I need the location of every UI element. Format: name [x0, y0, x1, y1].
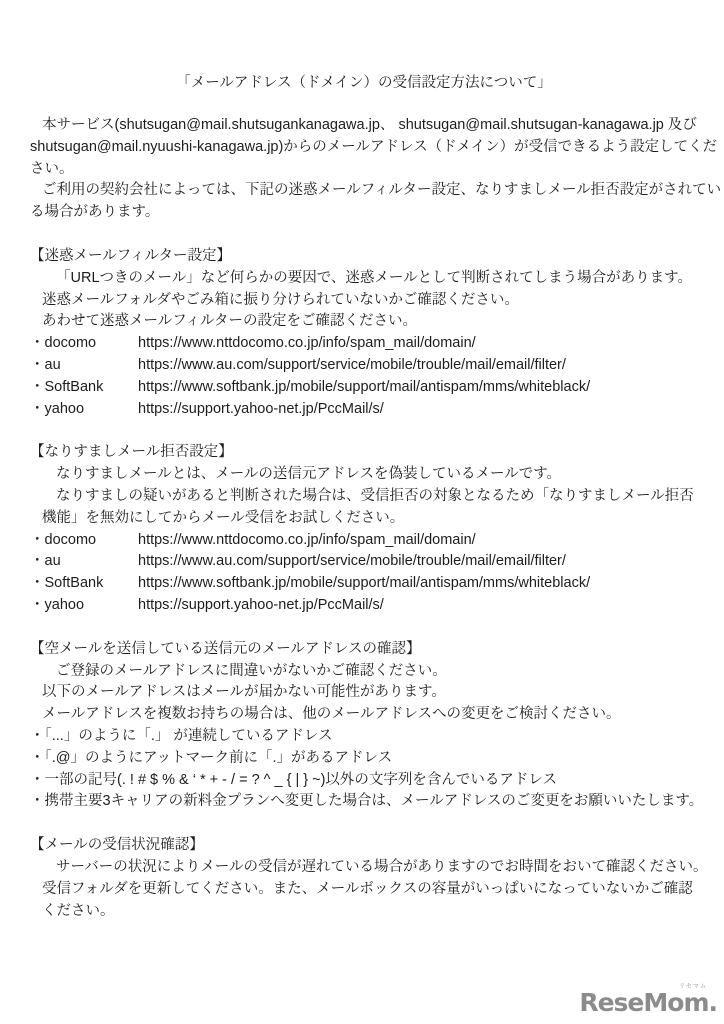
text-line: 本サービス(shutsugan@mail.shutsugankanagawa.j…: [30, 115, 698, 137]
carrier-url: https://www.au.com/support/service/mobil…: [138, 551, 698, 573]
text-line: メールアドレスを複数お持ちの場合は、他のメールアドレスへの変更をご検討ください。: [30, 704, 698, 726]
text-line: なりすましの疑いがあると判断された場合は、受信拒否の対象となるため「なりすましメ…: [30, 486, 698, 508]
bullet-item: ・携帯主要3キャリアの新料金プランへ変更した場合は、メールアドレスのご変更をお願…: [30, 791, 698, 813]
document-page: 「メールアドレス（ドメイン）の受信設定方法について」 本サービス(shutsug…: [0, 0, 724, 1024]
text-line: ご利用の契約会社によっては、下記の迷惑メールフィルター設定、なりすましメール拒否…: [30, 180, 698, 202]
carrier-url: https://www.nttdocomo.co.jp/info/spam_ma…: [138, 333, 698, 355]
section-heading: 【なりすましメール拒否設定】: [30, 442, 698, 464]
carrier-url: https://support.yahoo-net.jp/PccMail/s/: [138, 595, 698, 617]
bullet-item: ・「...」のように「.」 が連続しているアドレス: [30, 726, 698, 748]
carrier-name: ・docomo: [30, 333, 138, 355]
carrier-row: ・SoftBank https://www.softbank.jp/mobile…: [30, 573, 698, 595]
carrier-name: ・au: [30, 355, 138, 377]
carrier-row: ・docomo https://www.nttdocomo.co.jp/info…: [30, 333, 698, 355]
carrier-row: ・au https://www.au.com/support/service/m…: [30, 355, 698, 377]
carrier-url: https://www.au.com/support/service/mobil…: [138, 355, 698, 377]
text-line: ください。: [30, 901, 698, 923]
text-line: ご登録のメールアドレスに間違いがないかご確認ください。: [30, 661, 698, 683]
text-line: なりすましメールとは、メールの送信元アドレスを偽装しているメールです。: [30, 464, 698, 486]
section-heading: 【メールの受信状況確認】: [30, 835, 698, 857]
carrier-name: ・au: [30, 551, 138, 573]
resemom-logo-text: ReseMom.: [579, 988, 717, 1017]
carrier-row: ・SoftBank https://www.softbank.jp/mobile…: [30, 377, 698, 399]
section-heading: 【空メールを送信している送信元のメールアドレスの確認】: [30, 639, 698, 661]
carrier-name: ・yahoo: [30, 595, 138, 617]
section-reception-status: 【メールの受信状況確認】 サーバーの状況によりメールの受信が遅れている場合があり…: [30, 835, 698, 922]
text-line: shutsugan@mail.nyuushi-kanagawa.jp)からのメー…: [30, 137, 698, 159]
section-spoofing-rejection: 【なりすましメール拒否設定】 なりすましメールとは、メールの送信元アドレスを偽装…: [30, 442, 698, 616]
carrier-row: ・yahoo https://support.yahoo-net.jp/PccM…: [30, 399, 698, 421]
text-line: さい。: [30, 159, 698, 181]
carrier-row: ・au https://www.au.com/support/service/m…: [30, 551, 698, 573]
document-title: 「メールアドレス（ドメイン）の受信設定方法について」: [30, 72, 698, 94]
intro-paragraph: 本サービス(shutsugan@mail.shutsugankanagawa.j…: [30, 115, 698, 224]
text-line: 「URLつきのメール」など何らかの要因で、迷惑メールとして判断されてしまう場合が…: [30, 268, 698, 290]
text-line: 迷惑メールフォルダやごみ箱に振り分けられていないかご確認ください。: [30, 290, 698, 312]
bullet-item: ・一部の記号(. ! # $ % & ‘ * + - / = ? ^ _ { |…: [30, 770, 698, 792]
text-line: サーバーの状況によりメールの受信が遅れている場合がありますのでお時間をおいて確認…: [30, 857, 698, 879]
text-line: あわせて迷惑メールフィルターの設定をご確認ください。: [30, 311, 698, 333]
section-address-check: 【空メールを送信している送信元のメールアドレスの確認】 ご登録のメールアドレスに…: [30, 639, 698, 813]
carrier-url: https://www.nttdocomo.co.jp/info/spam_ma…: [138, 530, 698, 552]
text-line: 受信フォルダを更新してください。また、メールボックスの容量がいっぱいになっていな…: [30, 879, 698, 901]
carrier-url: https://www.softbank.jp/mobile/support/m…: [138, 377, 698, 399]
carrier-name: ・yahoo: [30, 399, 138, 421]
carrier-row: ・yahoo https://support.yahoo-net.jp/PccM…: [30, 595, 698, 617]
section-spam-filter: 【迷惑メールフィルター設定】 「URLつきのメール」など何らかの要因で、迷惑メー…: [30, 246, 698, 420]
carrier-url: https://support.yahoo-net.jp/PccMail/s/: [138, 399, 698, 421]
text-line: る場合があります。: [30, 202, 698, 224]
resemom-logo-ruby: リセマム: [679, 984, 707, 990]
carrier-name: ・SoftBank: [30, 377, 138, 399]
section-heading: 【迷惑メールフィルター設定】: [30, 246, 698, 268]
carrier-url: https://www.softbank.jp/mobile/support/m…: [138, 573, 698, 595]
text-line: 機能」を無効にしてからメール受信をお試しください。: [30, 508, 698, 530]
bullet-item: ・「.@」のようにアットマーク前に「.」があるアドレス: [30, 748, 698, 770]
text-line: 以下のメールアドレスはメールが届かない可能性があります。: [30, 682, 698, 704]
carrier-name: ・docomo: [30, 530, 138, 552]
carrier-name: ・SoftBank: [30, 573, 138, 595]
carrier-row: ・docomo https://www.nttdocomo.co.jp/info…: [30, 530, 698, 552]
resemom-logo: リセマム ReseMom.: [579, 990, 717, 1015]
